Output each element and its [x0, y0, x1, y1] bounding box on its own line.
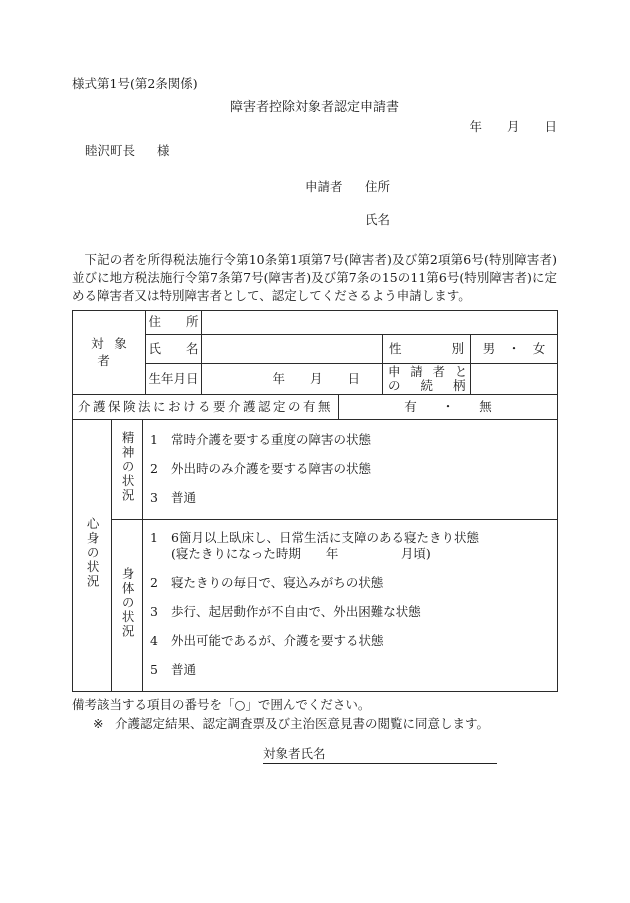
addressee-name: 睦沢町長: [85, 143, 135, 158]
birth-label-cell: 生年月日: [146, 364, 202, 395]
mental-item: 1 常時介護を要する重度の障害の状態: [150, 432, 553, 448]
condition-table: 心身の状況 精神の状況 1 常時介護を要する重度の障害の状態 2 外出時のみ介護…: [72, 419, 558, 692]
addressee-honorific: 様: [157, 143, 170, 158]
relation-label-cell: 申請者と の続柄: [383, 364, 471, 395]
sex-label-cell: 性 別: [383, 335, 471, 364]
applicant-label: 申請者: [305, 179, 365, 195]
condition-header-text: 心身の状況: [84, 517, 100, 589]
mental-item: 3 普通: [150, 490, 553, 506]
item-number: 1: [150, 530, 171, 546]
item-sub-text: (寝たきりになった時期 年 月頃): [171, 546, 431, 562]
physical-item: 5 普通: [150, 662, 553, 678]
item-text: 普通: [171, 662, 196, 678]
subject-header-cell: 対象者: [73, 311, 146, 395]
physical-header-text: 身体の状況: [119, 567, 135, 639]
page-title: 障害者控除対象者認定申請書: [72, 99, 557, 116]
item-number: 5: [150, 662, 171, 678]
address-value-field: [202, 311, 558, 335]
note-asterisk: ※: [93, 716, 115, 732]
applicant-address-label: 住所: [365, 179, 390, 195]
mental-header-cell: 精神の状況: [112, 420, 143, 520]
item-number: 3: [150, 604, 171, 620]
item-text: 歩行、起居動作が不自由で、外出困難な状態: [171, 604, 421, 620]
relation-label-line1: 申請者と: [388, 365, 470, 379]
item-number: 3: [150, 490, 171, 506]
name-label-cell: 氏 名: [146, 335, 202, 364]
condition-header-cell: 心身の状況: [73, 420, 112, 692]
physical-header-cell: 身体の状況: [112, 520, 143, 692]
physical-items-cell: 1 6箇月以上臥床し、日常生活に支障のある寝たきり状態 (寝たきりになった時期 …: [143, 520, 558, 692]
document-page: 様式第1号(第2条関係) 障害者控除対象者認定申請書 年 月 日 睦沢町長様 申…: [0, 0, 630, 903]
item-number: 1: [150, 432, 171, 448]
physical-item: 4 外出可能であるが、介護を要する状態: [150, 633, 553, 649]
item-number: 2: [150, 461, 171, 477]
applicant-address-row: 申請者 住所: [305, 179, 557, 195]
physical-item: 1 6箇月以上臥床し、日常生活に支障のある寝たきり状態: [150, 530, 553, 546]
mental-header-text: 精神の状況: [119, 431, 135, 503]
item-text: 外出可能であるが、介護を要する状態: [171, 633, 384, 649]
consent-note-text: 介護認定結果、認定調査票及び主治医意見書の閲覧に同意します。: [115, 716, 489, 732]
item-number-spacer: [150, 546, 171, 562]
mental-items-cell: 1 常時介護を要する重度の障害の状態 2 外出時のみ介護を要する障害の状態 3 …: [143, 420, 558, 520]
form-number: 様式第1号(第2条関係): [72, 76, 557, 92]
physical-item: 3 歩行、起居動作が不自由で、外出困難な状態: [150, 604, 553, 620]
item-number: 4: [150, 633, 171, 649]
subject-name-signature-line: 対象者氏名: [263, 746, 497, 764]
applicant-block: 申請者 住所 氏名: [305, 179, 557, 228]
application-statement: 下記の者を所得税法施行令第10条第1項第7号(障害者)及び第2項第6号(特別障害…: [72, 251, 557, 305]
subject-name-label: 対象者氏名: [263, 746, 326, 761]
addressee-line: 睦沢町長様: [85, 143, 557, 159]
birth-value-field: 年 月 日: [202, 364, 383, 395]
item-text: 普通: [171, 490, 196, 506]
remark-text: 該当する項目の番号を「○」で囲んでください。: [97, 697, 370, 713]
name-value-field: [202, 335, 383, 364]
subject-table: 対象者 住 所 氏 名 性 別 男 ・ 女 生年月日 年 月 日 申請者と の続…: [72, 310, 558, 420]
care-certification-options-cell: 有 ・ 無: [339, 395, 558, 420]
care-certification-label-cell: 介護保険法における要介護認定の有無: [73, 395, 339, 420]
relation-label-line2: の続柄: [388, 379, 470, 393]
remark-line: 備考 該当する項目の番号を「○」で囲んでください。: [72, 697, 557, 713]
date-line: 年 月 日: [72, 119, 557, 135]
remark-label: 備考: [72, 697, 97, 713]
applicant-label-spacer: [305, 212, 365, 228]
item-text: 外出時のみ介護を要する障害の状態: [171, 461, 371, 477]
item-text: 常時介護を要する重度の障害の状態: [171, 432, 371, 448]
physical-item: 2 寝たきりの毎日で、寝込みがちの状態: [150, 575, 553, 591]
item-number: 2: [150, 575, 171, 591]
applicant-name-row: 氏名: [305, 212, 557, 228]
address-label-cell: 住 所: [146, 311, 202, 335]
item-text: 6箇月以上臥床し、日常生活に支障のある寝たきり状態: [171, 530, 479, 546]
item-text: 寝たきりの毎日で、寝込みがちの状態: [171, 575, 383, 591]
mental-item: 2 外出時のみ介護を要する障害の状態: [150, 461, 553, 477]
sex-options-cell: 男 ・ 女: [471, 335, 558, 364]
physical-item-subline: (寝たきりになった時期 年 月頃): [150, 546, 553, 562]
relation-value-field: [471, 364, 558, 395]
consent-note-line: ※ 介護認定結果、認定調査票及び主治医意見書の閲覧に同意します。: [93, 716, 557, 732]
applicant-name-label: 氏名: [365, 212, 390, 228]
form-content: 様式第1号(第2条関係) 障害者控除対象者認定申請書 年 月 日 睦沢町長様 申…: [72, 76, 557, 764]
